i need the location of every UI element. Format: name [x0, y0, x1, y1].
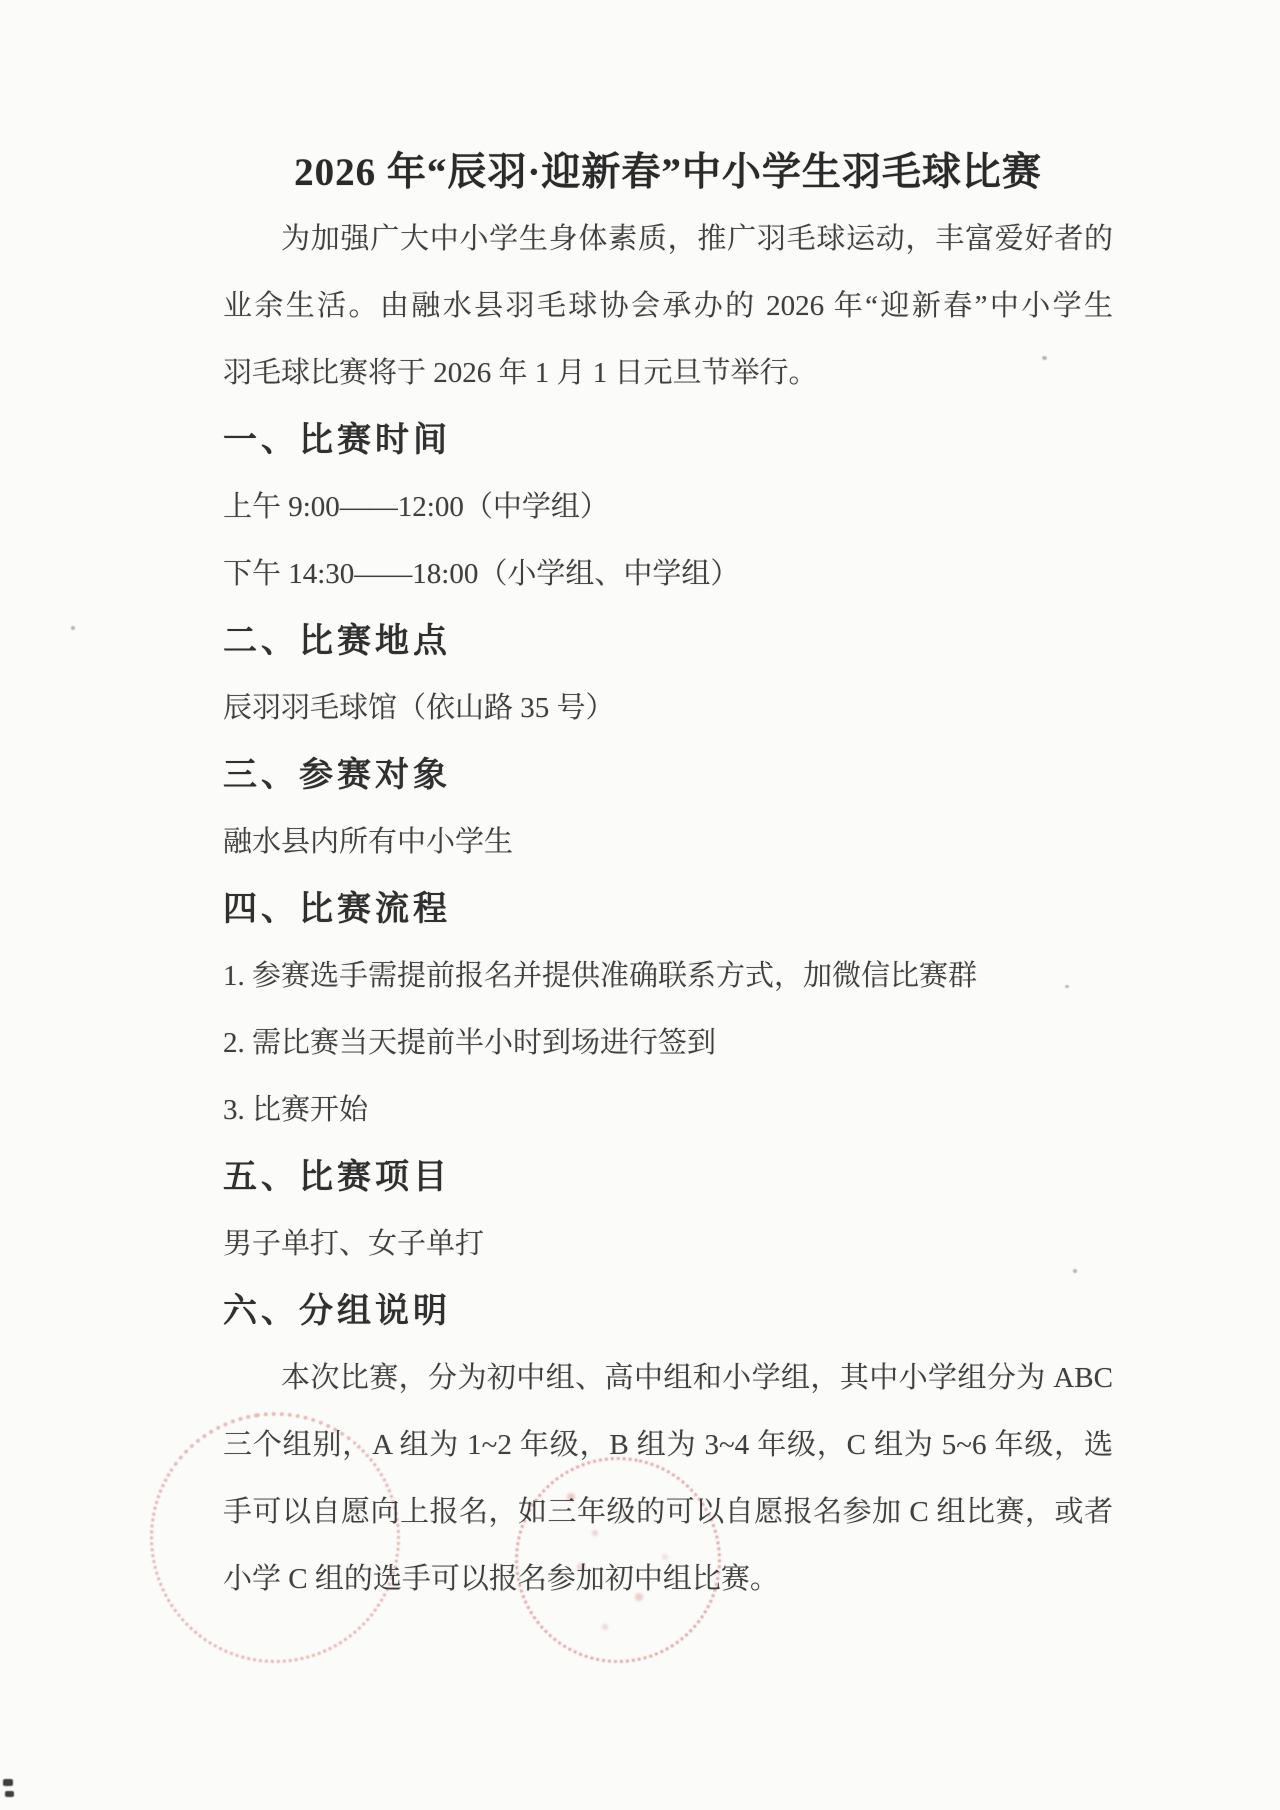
venue-address: 辰羽羽毛球馆（依山路 35 号）	[223, 675, 1113, 742]
scanner-edge-artifact	[0, 0, 10, 1784]
section-heading-participants: 三、参赛对象	[223, 742, 1113, 809]
grouping-line-1: 本次比赛，分为初中组、高中组和小学组，其中小学组分为 ABC	[223, 1345, 1113, 1412]
time-afternoon: 下午 14:30——18:00（小学组、中学组）	[223, 541, 1113, 608]
section-heading-venue: 二、比赛地点	[223, 608, 1113, 675]
time-morning: 上午 9:00——12:00（中学组）	[223, 474, 1113, 541]
scanned-document-page: 2026 年“辰羽·迎新春”中小学生羽毛球比赛 为加强广大中小学生身体素质，推广…	[0, 0, 1280, 1810]
section-heading-grouping: 六、分组说明	[223, 1278, 1113, 1345]
scan-speck	[1065, 985, 1069, 988]
events-list: 男子单打、女子单打	[223, 1211, 1113, 1278]
scan-speck	[71, 626, 75, 630]
procedure-step-1: 1. 参赛选手需提前报名并提供准确联系方式，加微信比赛群	[223, 943, 1113, 1010]
intro-line-1: 为加强广大中小学生身体素质，推广羽毛球运动，丰富爱好者的	[223, 206, 1113, 273]
procedure-step-2: 2. 需比赛当天提前半小时到场进行签到	[223, 1010, 1113, 1077]
scan-debris-mark	[5, 1791, 14, 1797]
scan-speck	[1073, 1269, 1077, 1273]
document-title: 2026 年“辰羽·迎新春”中小学生羽毛球比赛	[223, 139, 1113, 206]
section-heading-procedure: 四、比赛流程	[223, 876, 1113, 943]
scan-debris-mark	[3, 1779, 13, 1786]
red-stamp-ink-smudge	[515, 1457, 715, 1657]
procedure-step-3: 3. 比赛开始	[223, 1077, 1113, 1144]
scan-speck	[1042, 356, 1047, 360]
intro-line-2: 业余生活。由融水县羽毛球协会承办的 2026 年“迎新春”中小学生	[223, 273, 1113, 340]
section-heading-events: 五、比赛项目	[223, 1144, 1113, 1211]
intro-line-3: 羽毛球比赛将于 2026 年 1 月 1 日元旦节举行。	[223, 340, 1113, 407]
participants-scope: 融水县内所有中小学生	[223, 809, 1113, 876]
section-heading-time: 一、比赛时间	[223, 407, 1113, 474]
document-body: 2026 年“辰羽·迎新春”中小学生羽毛球比赛 为加强广大中小学生身体素质，推广…	[223, 139, 1113, 1613]
